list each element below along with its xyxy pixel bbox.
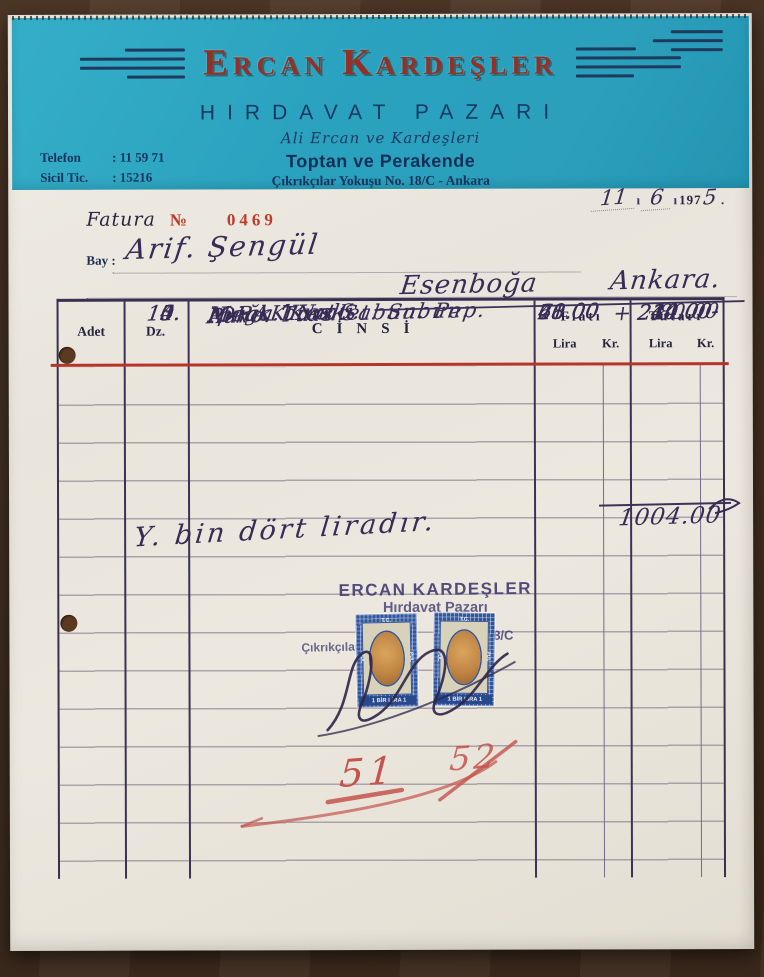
invoice-date: 11ı6ı1975. [592,185,727,210]
red-page-number: 51 [338,748,398,796]
company-tagline: HIRDAVAT PAZARI [12,100,749,126]
subheader-kr: Kr. [593,336,629,351]
subheader-lira: Lira [636,336,686,351]
decorative-lines [576,47,681,77]
row-description: Meğa bant [207,300,339,327]
phone-value: : 11 59 71 [112,150,164,165]
numero-sign: № [170,211,187,230]
invoice-paper: Ercan Kardeşler HIRDAVAT PAZARI Ali Erca… [8,13,754,951]
revenue-stamp-medallion [370,632,404,686]
phone-label: Telefon [40,148,112,168]
revenue-stamp-side-text: PUL [360,653,366,663]
revenue-stamp-side-text: PUL [437,651,443,661]
revenue-stamp-medallion [447,631,481,684]
customer-name: Arif. Şengül [124,228,321,267]
registry-value: : 15216 [112,170,152,185]
hole-punch [59,347,76,364]
subheader-lira: Lira [540,336,590,351]
row-qty: 10. [119,301,183,326]
date-year-written: 5 [700,185,720,210]
decorative-lines [80,48,185,78]
revenue-stamp-side-text: PUL [486,652,492,662]
table-row: 10. Meğa bant 21.00 + 210.00- [59,300,723,330]
contact-block: Telefon: 11 59 71 Sicil Tic.: 15216 [40,148,164,188]
invoice-number-line: Fatura № 0469 [86,208,277,230]
row-amount: + 210.00- [597,299,721,326]
customer-city: Ankara. [609,264,723,296]
rubber-stamp-address-fragment: Çıkrıkçılar [301,640,359,655]
total-amount: 1004.00 [593,502,723,532]
letterhead-banner: Ercan Kardeşler HIRDAVAT PAZARI Ali Erca… [12,16,749,190]
revenue-stamp-side-text: PUL [409,652,415,662]
revenue-stamp-value: 1 BİR LİRA 1 [372,697,407,703]
photo-wooden-table: Ercan Kardeşler HIRDAVAT PAZARI Ali Erca… [0,0,764,977]
registry-label: Sicil Tic. [40,168,112,188]
invoice-number: 0469 [227,210,277,229]
revenue-stamp: T.C. PUL PUL 1 BİR LİRA 1 [356,613,419,707]
hole-punch [60,615,77,632]
date-day: 11 [590,184,636,212]
date-year-printed: 197 [679,192,702,207]
red-page-number-crossed: 52 [448,736,499,778]
revenue-stamp: T.C. PUL PUL 1 BİR LİRA 1 [433,612,495,706]
revenue-stamp-value: 1 BİR LİRA 1 [448,696,483,702]
company-name: Ercan Kardeşler [203,41,558,85]
rubber-stamp-company: ERCAN KARDEŞLER [305,578,565,601]
customer-label: Bay : [86,253,115,269]
fatura-label: Fatura [86,209,156,231]
date-month: 6 [641,184,673,211]
subheader-kr: Kr. [689,336,723,351]
customer-place: Esenboğa [399,268,540,301]
owners-line: Ali Ercan ve Kardeşleri [12,128,749,148]
row-unit-price: 21.00 [451,299,600,326]
